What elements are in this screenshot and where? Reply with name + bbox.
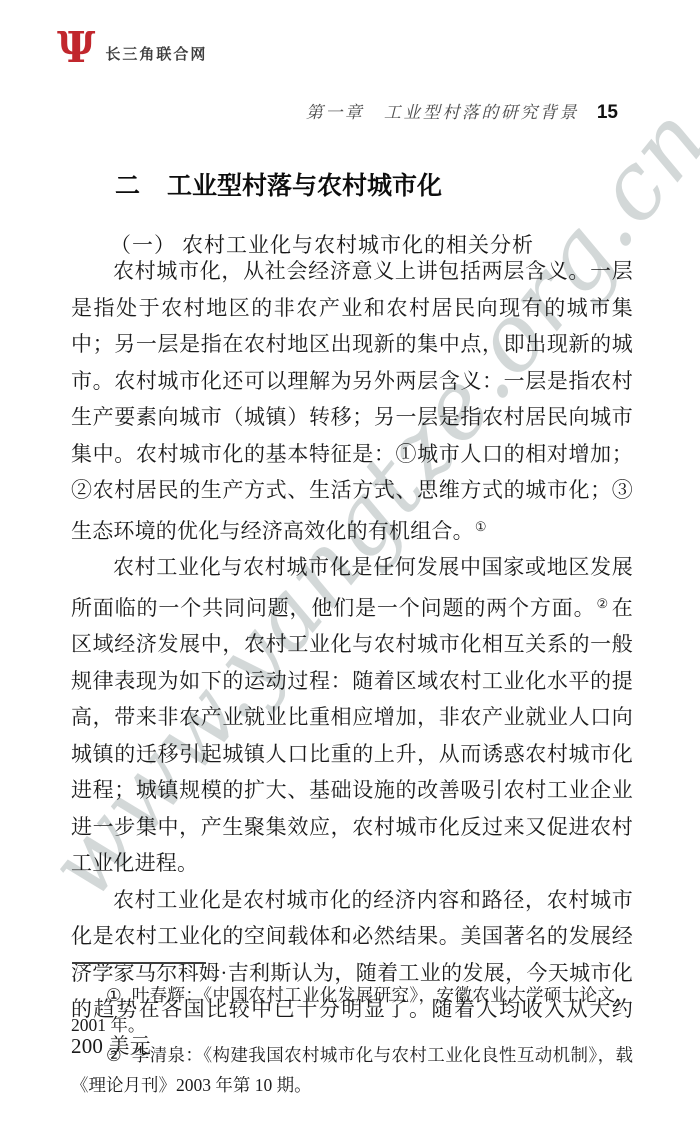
footnote-2-marker: ② <box>106 1045 122 1065</box>
running-header: 第一章 工业型村落的研究背景 15 <box>0 98 618 124</box>
footnote-1-marker: ① <box>106 985 122 1005</box>
chapter-title: 第一章 工业型村落的研究背景 <box>306 98 579 123</box>
logo-text: 长三角联合网 <box>105 43 207 64</box>
paragraph-1: 农村城市化，从社会经济意义上讲包括两层含义。一层是指处于农村地区的非农产业和农村… <box>71 253 633 549</box>
footnote-2-text: 李清泉：《构建我国农村城市化与农村工业化良性互动机制》，载《理论月刊》2003 … <box>71 1045 633 1095</box>
body-text: 农村城市化，从社会经济意义上讲包括两层含义。一层是指处于农村地区的非农产业和农村… <box>71 253 633 1064</box>
book-page: { "logo": { "symbol": "Ψ", "site_name": … <box>0 0 700 1148</box>
footnote-ref-1: ① <box>475 519 487 534</box>
page-number: 15 <box>597 102 618 124</box>
footnote-1-text: 叶春辉：《中国农村工业化发展研究》，安徽农业大学硕士论文，2001 年。 <box>71 985 633 1035</box>
footnotes: ①叶春辉：《中国农村工业化发展研究》，安徽农业大学硕士论文，2001 年。 ②李… <box>71 980 633 1100</box>
paragraph-2-text: 农村工业化与农村城市化是任何发展中国家或地区发展所面临的一个共同问题，他们是一个… <box>71 555 633 620</box>
footnote-2: ②李清泉：《构建我国农村城市化与农村工业化良性互动机制》，载《理论月刊》2003… <box>71 1040 633 1100</box>
section-title: 工业型村落与农村城市化 <box>167 166 442 202</box>
section-heading: 二 工业型村落与农村城市化 <box>115 166 442 202</box>
logo-psi-icon: Ψ <box>57 26 95 70</box>
paragraph-2: 农村工业化与农村城市化是任何发展中国家或地区发展所面临的一个共同问题，他们是一个… <box>71 549 633 882</box>
footnote-ref-2: ② <box>596 596 608 611</box>
footnote-1: ①叶春辉：《中国农村工业化发展研究》，安徽农业大学硕士论文，2001 年。 <box>71 980 633 1040</box>
site-logo: Ψ 长三角联合网 <box>57 26 207 70</box>
paragraph-1-text: 农村城市化，从社会经济意义上讲包括两层含义。一层是指处于农村地区的非农产业和农村… <box>71 259 633 543</box>
paragraph-2-text-continued: 在区域经济发展中，农村工业化与农村城市化相互关系的一般规律表现为如下的运动过程：… <box>71 596 633 876</box>
footnote-divider <box>72 962 206 964</box>
section-number: 二 <box>115 166 140 202</box>
